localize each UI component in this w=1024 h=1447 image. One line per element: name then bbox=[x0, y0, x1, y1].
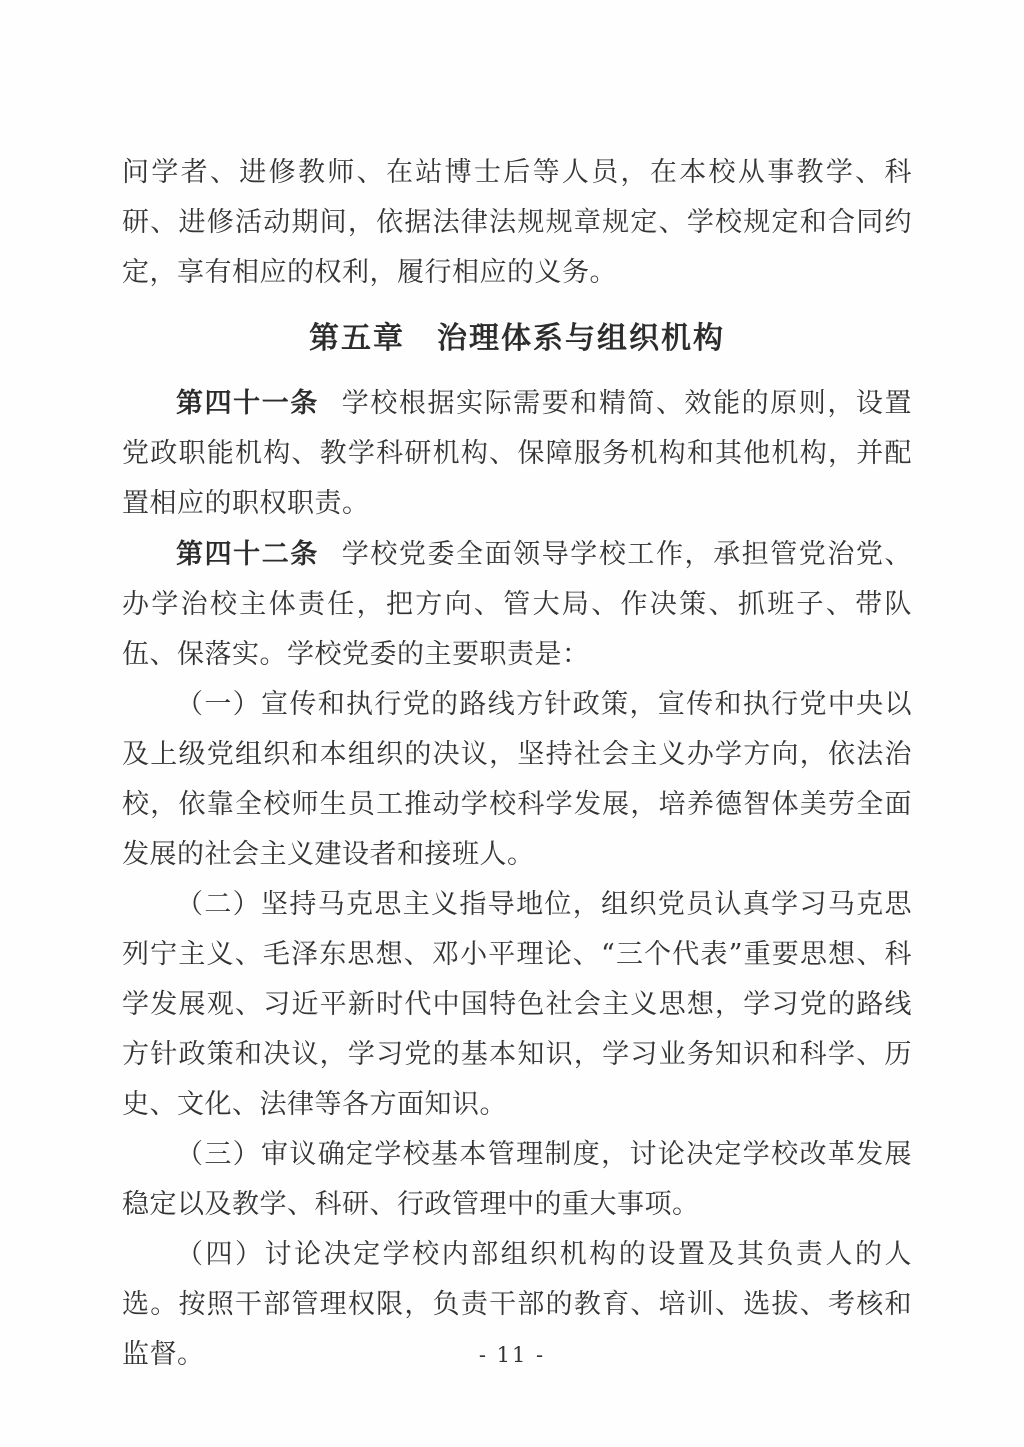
page-content: 问学者、进修教师、在站博士后等人员，在本校从事教学、科研、进修活动期间，依据法律… bbox=[122, 148, 912, 1380]
chapter-heading: 第五章 治理体系与组织机构 bbox=[122, 314, 912, 364]
body-paragraph: （三）审议确定学校基本管理制度，讨论决定学校改革发展稳定以及教学、科研、行政管理… bbox=[122, 1130, 912, 1230]
document-page: 问学者、进修教师、在站博士后等人员，在本校从事教学、科研、进修活动期间，依据法律… bbox=[0, 0, 1024, 1447]
body-paragraph: （一）宣传和执行党的路线方针政策，宣传和执行党中央以及上级党组织和本组织的决议，… bbox=[122, 680, 912, 880]
body-paragraph: 问学者、进修教师、在站博士后等人员，在本校从事教学、科研、进修活动期间，依据法律… bbox=[122, 148, 912, 298]
article-number-label: 第四十二条 bbox=[176, 539, 319, 569]
body-paragraph: （二）坚持马克思主义指导地位，组织党员认真学习马克思列宁主义、毛泽东思想、邓小平… bbox=[122, 880, 912, 1130]
article-paragraph: 第四十二条学校党委全面领导学校工作，承担管党治党、办学治校主体责任，把方向、管大… bbox=[122, 529, 912, 680]
article-paragraph: 第四十一条学校根据实际需要和精简、效能的原则，设置党政职能机构、教学科研机构、保… bbox=[122, 378, 912, 529]
article-number-label: 第四十一条 bbox=[176, 388, 319, 418]
page-number: - 11 - bbox=[0, 1343, 1024, 1367]
